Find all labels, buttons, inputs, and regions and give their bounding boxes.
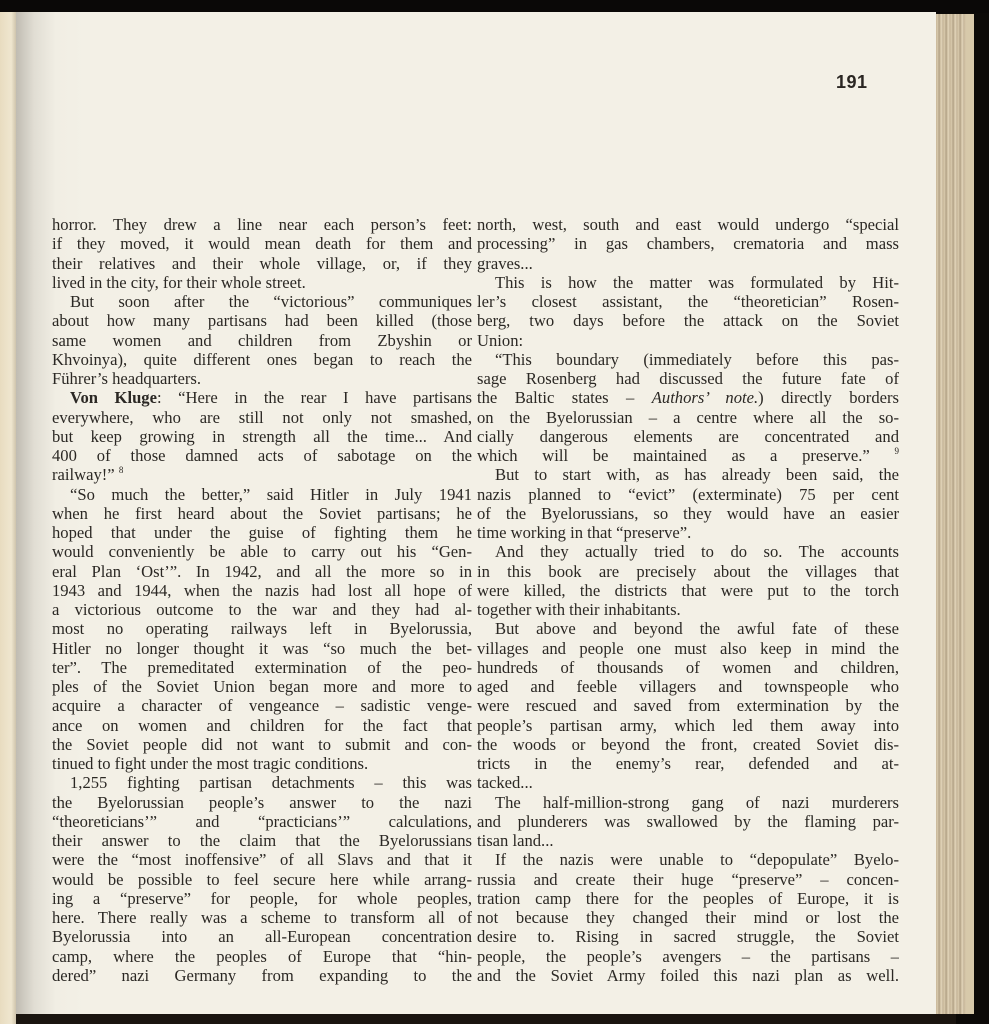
text-line: eral Plan ‘Ost’”. In 1942, and all the m… [52,562,472,581]
text-line: berg, two days before the attack on the … [477,311,899,330]
text-line: “theoreticians’” and “practicians’” calc… [52,812,472,831]
text-line: horror. They drew a line near each perso… [52,215,472,234]
text-line: the woods or beyond the front, created S… [477,735,899,754]
text-line: Führer’s headquarters. [52,369,472,388]
text-line: processing” in gas chambers, crematoria … [477,234,899,253]
text-line: the Soviet people did not want to submit… [52,735,472,754]
text-line: ples of the Soviet Union began more and … [52,677,472,696]
paragraph-start: And they actually tried to do so. The ac… [477,542,899,561]
text-line: ing a “preserve” for people, for whole p… [52,889,472,908]
text-line: nazis planned to “evict” (exterminate) 7… [477,485,899,504]
text-line: hundreds of thousands of women and child… [477,658,899,677]
text-line: were killed, the districts that were put… [477,581,899,600]
text-line: graves... [477,254,899,273]
text-line: on the Byelorussian – a centre where all… [477,408,899,427]
text-line: people’s partisan army, which led them a… [477,716,899,735]
page-number: 191 [836,72,868,93]
text-line: together with their inhabitants. [477,600,899,619]
text-line: villages and people one must also keep i… [477,639,899,658]
text-line: of the Byelorussians, so they would have… [477,504,899,523]
footnote-marker: 9 [895,446,899,456]
page-edges-stack [936,14,966,1014]
text-line: time working in that “preserve”. [477,523,899,542]
text-line: their relatives and their whole village,… [52,254,472,273]
text-line: lived in the city, for their whole stree… [52,273,472,292]
text-line: desire to. Rising in sacred struggle, th… [477,927,899,946]
text-line: the Byelorussian people’s answer to the … [52,793,472,812]
right-column: north, west, south and east would underg… [477,215,899,985]
text-line: Hitler no longer thought it was “so much… [52,639,472,658]
text-line: tricts in the enemy’s rear, defended and… [477,754,899,773]
text-fragment: ) directly borders [758,388,899,407]
text-line: about how many partisans had been killed… [52,311,472,330]
text-fragment: which will be maintained as a preserve.” [477,446,870,465]
text-line: everywhere, who are still not only not s… [52,408,472,427]
text-line: when he first heard about the Soviet par… [52,504,472,523]
paragraph-start: But soon after the “victorious” communiq… [52,292,472,311]
text-line: the Baltic states – Authors’ note.) dire… [477,388,899,407]
text-line: Khvoinya), quite different ones began to… [52,350,472,369]
text-line: a victorious outcome to the war and they… [52,600,472,619]
text-line: north, west, south and east would underg… [477,215,899,234]
paragraph-start: Von Kluge: “Here in the rear I have part… [52,388,472,407]
text-line: tacked... [477,773,899,792]
left-column: horror. They drew a line near each perso… [52,215,472,985]
text-line: acquire a character of vengeance – sadis… [52,696,472,715]
speaker-colon: : [157,388,178,407]
text-fragment: railway!” [52,465,115,484]
text-line: and plunderers was swallowed by the flam… [477,812,899,831]
text-line: aged and feeble villagers and townspeopl… [477,677,899,696]
text-line: 400 of those damned acts of sabotage on … [52,446,472,465]
text-line: in this book are precisely about the vil… [477,562,899,581]
text-line: here. There really was a scheme to trans… [52,908,472,927]
text-line: camp, where the peoples of Europe that “… [52,947,472,966]
speaker-label: Von Kluge [70,388,157,407]
text-line: most no operating railways left in Byelo… [52,619,472,638]
text-line: were rescued and saved from exterminatio… [477,696,899,715]
text-fragment: “Here in the rear I have partisans [178,388,472,407]
paragraph-start: “So much the better,” said Hitler in Jul… [52,485,472,504]
text-line: 1943 and 1944, when the nazis had lost a… [52,581,472,600]
text-line: tration camp there for the peoples of Eu… [477,889,899,908]
paragraph-start: This is how the matter was formulated by… [477,273,899,292]
text-line: dered” nazi Germany from expanding to th… [52,966,472,985]
text-line: people, the people’s avengers – the part… [477,947,899,966]
authors-note: Authors’ note. [652,388,758,407]
text-line: and the Soviet Army foiled this nazi pla… [477,966,899,985]
text-line: russia and create their huge “preserve” … [477,870,899,889]
text-line: hoped that under the guise of fighting t… [52,523,472,542]
text-line: ler’s closest assistant, the “theoretici… [477,292,899,311]
paragraph-start: But above and beyond the awful fate of t… [477,619,899,638]
text-line: not because they changed their mind or l… [477,908,899,927]
text-line: but keep growing in strength all the tim… [52,427,472,446]
footnote-marker: 8 [119,465,124,475]
text-line: ter”. The premeditated extermination of … [52,658,472,677]
text-line: tisan land... [477,831,899,850]
text-line: cially dangerous elements are concentrat… [477,427,899,446]
text-line: their answer to the claim that the Byelo… [52,831,472,850]
paragraph-start: But to start with, as has already been s… [477,465,899,484]
paragraph-start: If the nazis were unable to “depopulate”… [477,850,899,869]
text-line: would be possible to feel secure here wh… [52,870,472,889]
text-line: sage Rosenberg had discussed the future … [477,369,899,388]
text-line: which will be maintained as a preserve.”… [477,446,899,465]
text-line: same women and children from Zbyshin or [52,331,472,350]
text-line: would conveniently be able to carry out … [52,542,472,561]
text-line: if they moved, it would mean death for t… [52,234,472,253]
text-line: tinued to fight under the most tragic co… [52,754,472,773]
text-line: ance on women and children for the fact … [52,716,472,735]
left-page-edge [0,12,16,1024]
text-fragment: the Baltic states – [477,388,652,407]
background-bottom [16,1014,956,1024]
paragraph-start: 1,255 fighting partisan detachments – th… [52,773,472,792]
text-line: were the “most inoffensive” of all Slavs… [52,850,472,869]
text-line: Union: [477,331,899,350]
paragraph-start: The half-million-strong gang of nazi mur… [477,793,899,812]
text-line: railway!” 8 [52,465,472,484]
paragraph-start: “This boundary (immediately before this … [477,350,899,369]
text-line: Byelorussia into an all-European concent… [52,927,472,946]
